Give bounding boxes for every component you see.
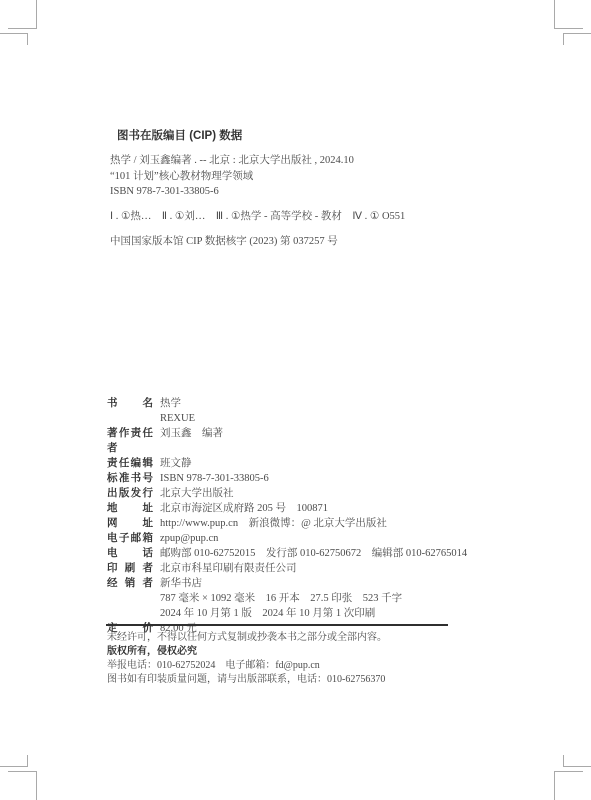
copyright-notice: 未经许可，不得以任何方式复制或抄袭本书之部分或全部内容。 版权所有，侵权必究 举… xyxy=(107,631,507,687)
field-value: 班文静 xyxy=(160,456,507,471)
field-value: 787 毫米 × 1092 毫米 16 开本 27.5 印张 523 千字 xyxy=(160,591,507,606)
field-value: zpup@pup.cn xyxy=(160,531,507,546)
crop-mark xyxy=(36,0,37,28)
row-address: 地址 北京市海淀区成府路 205 号 100871 xyxy=(107,501,507,516)
row-email: 电子邮箱 zpup@pup.cn xyxy=(107,531,507,546)
field-label: 出版发行 xyxy=(107,486,153,501)
field-label: 著作责任者 xyxy=(107,426,153,456)
field-label: 地址 xyxy=(107,501,153,516)
row-edition: 2024 年 10 月第 1 版 2024 年 10 月第 1 次印刷 xyxy=(107,606,507,621)
field-value: 邮购部 010-62752015 发行部 010-62750672 编辑部 01… xyxy=(160,546,507,561)
row-format: 787 毫米 × 1092 毫米 16 开本 27.5 印张 523 千字 xyxy=(107,591,507,606)
crop-mark xyxy=(36,772,37,800)
field-label: 印刷者 xyxy=(107,561,153,576)
row-distributor: 经销者 新华书店 xyxy=(107,576,507,591)
crop-mark xyxy=(554,28,583,29)
field-value: 2024 年 10 月第 1 版 2024 年 10 月第 1 次印刷 xyxy=(160,606,507,621)
cip-title-line: 热学 / 刘玉鑫编著 . -- 北京 : 北京大学出版社 , 2024.10 xyxy=(110,153,490,169)
field-value: 热学 xyxy=(160,396,507,411)
crop-mark xyxy=(564,766,591,767)
cip-description: 热学 / 刘玉鑫编著 . -- 北京 : 北京大学出版社 , 2024.10 “… xyxy=(110,153,490,200)
row-editor: 责任编辑 班文静 xyxy=(107,456,507,471)
field-label: 网址 xyxy=(107,516,153,531)
cip-block: 图书在版编目 (CIP) 数据 热学 / 刘玉鑫编著 . -- 北京 : 北京大… xyxy=(110,127,490,249)
crop-mark xyxy=(554,0,555,28)
notice-no-copy-line: 未经许可，不得以任何方式复制或抄袭本书之部分或全部内容。 xyxy=(107,631,507,645)
crop-mark xyxy=(8,28,37,29)
field-label xyxy=(107,411,153,426)
crop-mark xyxy=(554,772,555,800)
field-value: 新华书店 xyxy=(160,576,507,591)
row-book-title: 书名 热学 xyxy=(107,396,507,411)
field-value: 北京大学出版社 xyxy=(160,486,507,501)
crop-mark xyxy=(27,33,28,45)
row-phone: 电话 邮购部 010-62752015 发行部 010-62750672 编辑部… xyxy=(107,546,507,561)
field-label: 责任编辑 xyxy=(107,456,153,471)
field-label: 电话 xyxy=(107,546,153,561)
notice-report-line: 举报电话：010-62752024 电子邮箱：fd@pup.cn xyxy=(107,659,507,673)
crop-mark xyxy=(563,33,564,45)
notice-quality-line: 图书如有印装质量问题，请与出版部联系，电话：010-62756370 xyxy=(107,673,507,687)
crop-mark xyxy=(0,33,27,34)
row-isbn: 标准书号 ISBN 978-7-301-33805-6 xyxy=(107,471,507,486)
crop-mark xyxy=(563,755,564,767)
crop-mark xyxy=(0,766,27,767)
cip-header: 图书在版编目 (CIP) 数据 xyxy=(117,127,490,143)
field-label: 电子邮箱 xyxy=(107,531,153,546)
colophon-table: 书名 热学 REXUE 著作责任者 刘玉鑫 编著 责任编辑 班文静 标准书号 I… xyxy=(107,396,507,636)
crop-mark xyxy=(8,771,37,772)
cip-classification: Ⅰ . ①热… Ⅱ . ①刘… Ⅲ . ①热学 - 高等学校 - 教材 Ⅳ . … xyxy=(110,209,490,224)
field-value: 北京市科星印刷有限责任公司 xyxy=(160,561,507,576)
field-value: http://www.pup.cn 新浪微博：@ 北京大学出版社 xyxy=(160,516,507,531)
notice-rights-line: 版权所有，侵权必究 xyxy=(107,645,507,659)
field-value: 北京市海淀区成府路 205 号 100871 xyxy=(160,501,507,516)
field-value: REXUE xyxy=(160,411,507,426)
field-value: 刘玉鑫 编著 xyxy=(160,426,507,456)
row-author: 著作责任者 刘玉鑫 编著 xyxy=(107,426,507,456)
copyright-page: { "page": { "background": "#ffffff", "in… xyxy=(0,0,591,800)
field-label xyxy=(107,591,153,606)
row-publisher: 出版发行 北京大学出版社 xyxy=(107,486,507,501)
field-value: ISBN 978-7-301-33805-6 xyxy=(160,471,507,486)
row-website: 网址 http://www.pup.cn 新浪微博：@ 北京大学出版社 xyxy=(107,516,507,531)
divider-rule xyxy=(106,624,448,626)
cip-record-number: 中国国家版本馆 CIP 数据核字 (2023) 第 037257 号 xyxy=(110,234,490,249)
field-label: 标准书号 xyxy=(107,471,153,486)
field-label: 书名 xyxy=(107,396,153,411)
field-label: 经销者 xyxy=(107,576,153,591)
crop-mark xyxy=(27,755,28,767)
field-label xyxy=(107,606,153,621)
cip-series-line: “101 计划”核心教材物理学领域 xyxy=(110,169,490,185)
crop-mark xyxy=(564,33,591,34)
row-book-title-pinyin: REXUE xyxy=(107,411,507,426)
row-printer: 印刷者 北京市科星印刷有限责任公司 xyxy=(107,561,507,576)
crop-mark xyxy=(554,771,583,772)
cip-isbn-line: ISBN 978-7-301-33805-6 xyxy=(110,184,490,200)
